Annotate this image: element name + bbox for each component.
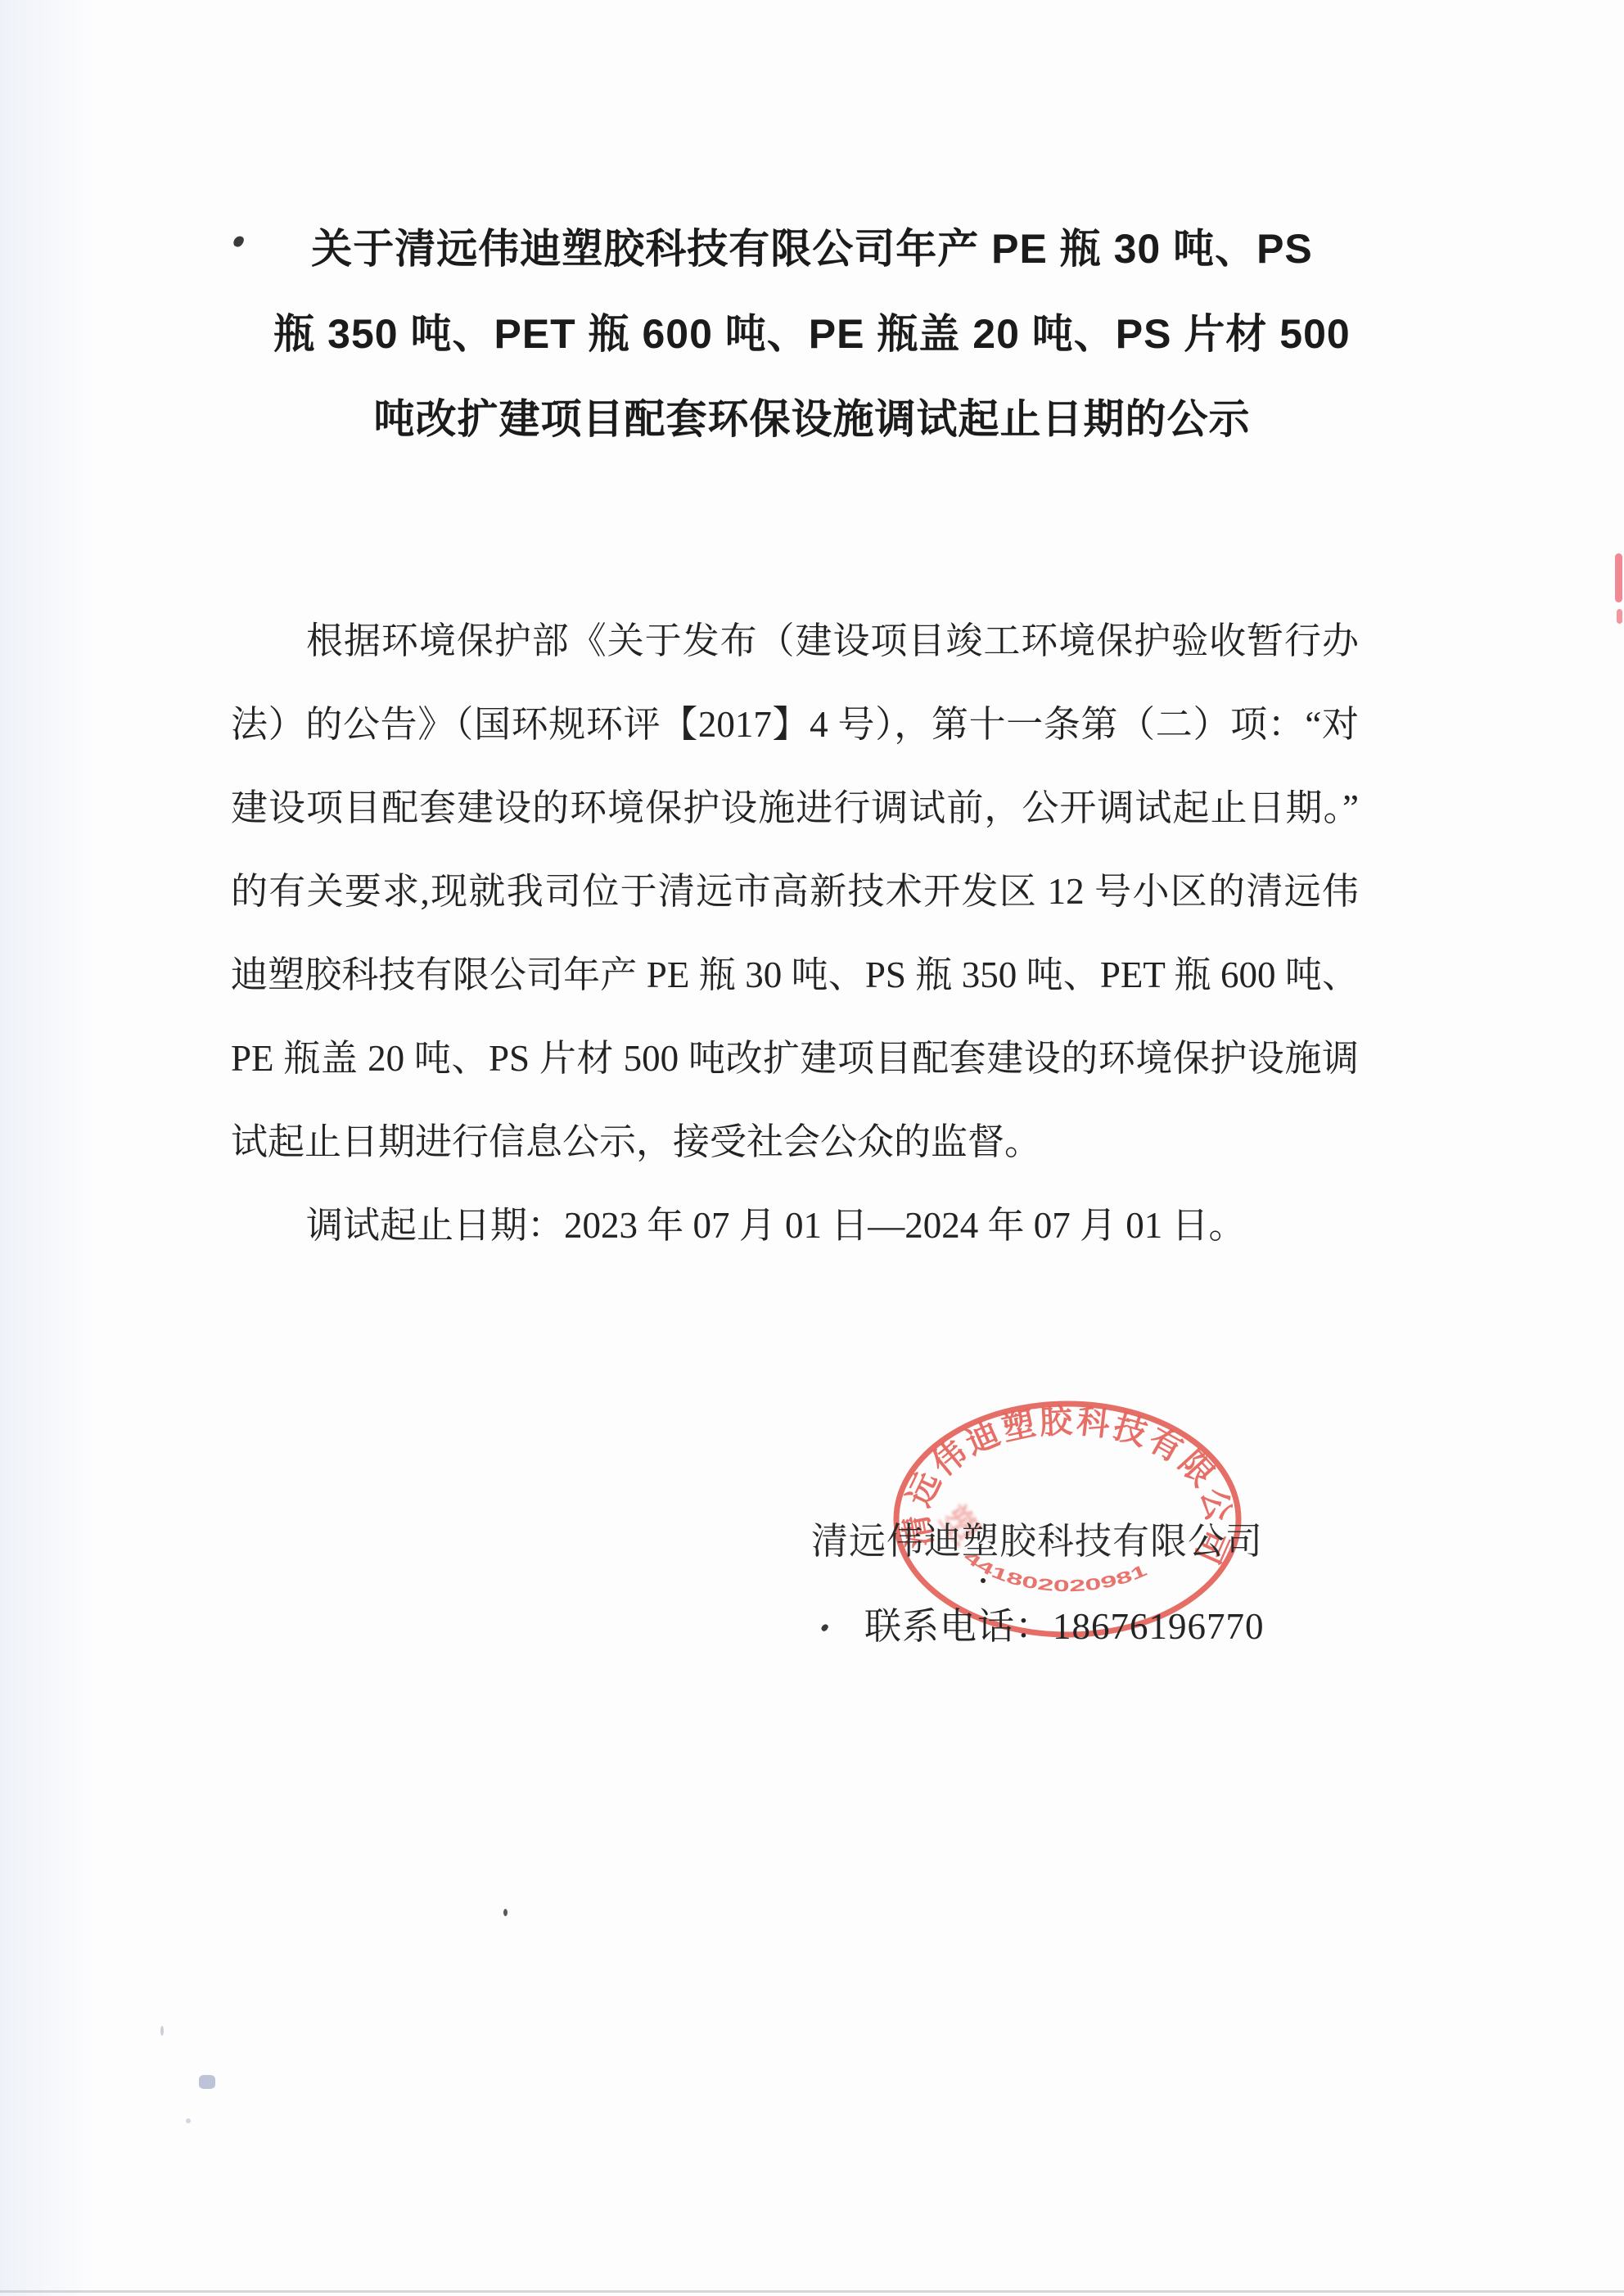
body-line-6: PE 瓶盖 20 吨、PS 片材 500 吨改扩建项目配套建设的环境保护设施调: [231, 1017, 1359, 1100]
body-line-2: 法）的公告》（国环规环评【2017】4 号），第十一条第（二）项：“对: [231, 683, 1359, 766]
scan-edge-shadow: [0, 0, 97, 2296]
scan-smudge: [160, 2026, 164, 2036]
title-line-2: 瓶 350 吨、PET 瓶 600 吨、PE 瓶盖 20 吨、PS 片材 500: [188, 291, 1436, 377]
body-line-5: 迪塑胶科技有限公司年产 PE 瓶 30 吨、PS 瓶 350 吨、PET 瓶 6…: [231, 933, 1359, 1017]
red-edge-stamp-mark: [1617, 609, 1622, 624]
ink-speck: [503, 1909, 508, 1916]
phone-number: 18676196770: [1053, 1606, 1265, 1647]
red-edge-stamp-mark: [1615, 553, 1622, 602]
body-line-1: 根据环境保护部《关于发布（建设项目竣工环境保护验收暂行办: [231, 599, 1359, 683]
title-line-3: 吨改扩建项目配套环保设施调试起止日期的公示: [188, 377, 1436, 462]
signature-company-name: 清远伟迪塑胶科技有限公司: [811, 1511, 1263, 1564]
stray-ink-dot: [820, 1623, 829, 1632]
body-line-4: 的有关要求,现就我司位于清远市高新技术开发区 12 号小区的清远伟: [231, 850, 1359, 933]
phone-label: 联系电话：: [864, 1606, 1053, 1647]
title-line-1: 关于清远伟迪塑胶科技有限公司年产 PE 瓶 30 吨、PS: [188, 206, 1436, 291]
notice-title: 关于清远伟迪塑胶科技有限公司年产 PE 瓶 30 吨、PS 瓶 350 吨、PE…: [188, 206, 1436, 462]
date-line: 调试起止日期：2023 年 07 月 01 日—2024 年 07 月 01 日…: [231, 1184, 1359, 1267]
scanned-notice-page: 关于清远伟迪塑胶科技有限公司年产 PE 瓶 30 吨、PS 瓶 350 吨、PE…: [0, 0, 1624, 2296]
contact-phone-line: 联系电话：18676196770: [864, 1596, 1265, 1649]
body-line-7: 试起止日期进行信息公示，接受社会公众的监督。: [231, 1100, 1359, 1184]
body-line-3: 建设项目配套建设的环境保护设施进行调试前，公开调试起止日期。”: [231, 766, 1359, 850]
page-bottom-edge-line: [0, 2290, 1624, 2293]
scan-smudge: [199, 2075, 215, 2089]
scan-smudge: [186, 2118, 191, 2123]
notice-body: 根据环境保护部《关于发布（建设项目竣工环境保护验收暂行办 法）的公告》（国环规环…: [231, 599, 1359, 1267]
